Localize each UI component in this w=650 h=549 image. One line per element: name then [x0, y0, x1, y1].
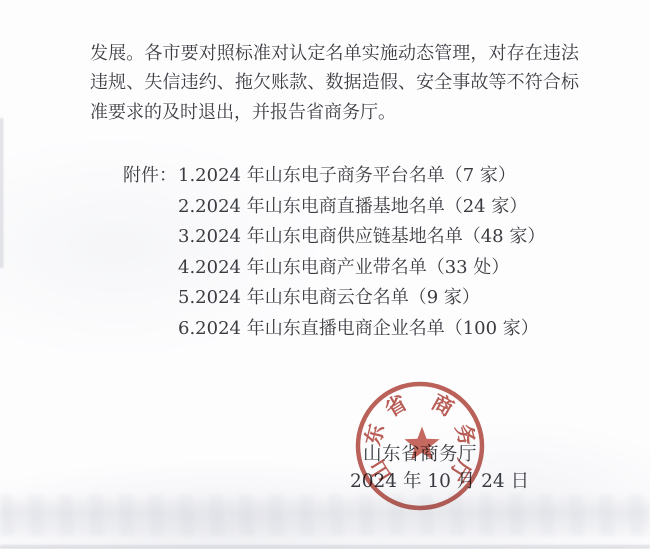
attachment-item: 2.2024 年山东电商直播基地名单（24 家）	[178, 192, 545, 223]
body-line: 准要求的及时退出，并报告省商务厅。	[90, 98, 579, 127]
attachment-item: 3.2024 年山东电商供应链基地名单（48 家）	[178, 222, 545, 253]
attachment-item: 4.2024 年山东电商产业带名单（33 处）	[178, 253, 545, 284]
document-page: 发展。各市要对照标准对认定名单实施动态管理，对存在违法 违规、失信违约、拖欠账款…	[0, 0, 650, 549]
scan-artifact-edge	[0, 545, 650, 549]
attachments-list: 1.2024 年山东电子商务平台名单（7 家）2.2024 年山东电商直播基地名…	[178, 161, 545, 345]
official-seal: 山东省商务厅	[348, 374, 492, 518]
body-paragraph: 发展。各市要对照标准对认定名单实施动态管理，对存在违法 违规、失信违约、拖欠账款…	[90, 39, 579, 127]
scan-artifact-left	[0, 118, 3, 268]
body-line: 发展。各市要对照标准对认定名单实施动态管理，对存在违法	[90, 39, 579, 68]
attachment-item: 5.2024 年山东电商云仓名单（9 家）	[178, 283, 545, 314]
scan-artifact-bottom	[0, 494, 650, 536]
seal-character: 东	[360, 421, 389, 447]
seal-star-icon	[404, 427, 439, 460]
attachment-item: 6.2024 年山东直播电商企业名单（100 家）	[178, 314, 545, 345]
attachments-label: 附件：	[123, 161, 177, 192]
attachment-item: 1.2024 年山东电子商务平台名单（7 家）	[178, 161, 545, 192]
body-line: 违规、失信违约、拖欠账款、数据造假、安全事故等不符合标	[90, 68, 579, 97]
seal-character: 务	[451, 421, 480, 447]
